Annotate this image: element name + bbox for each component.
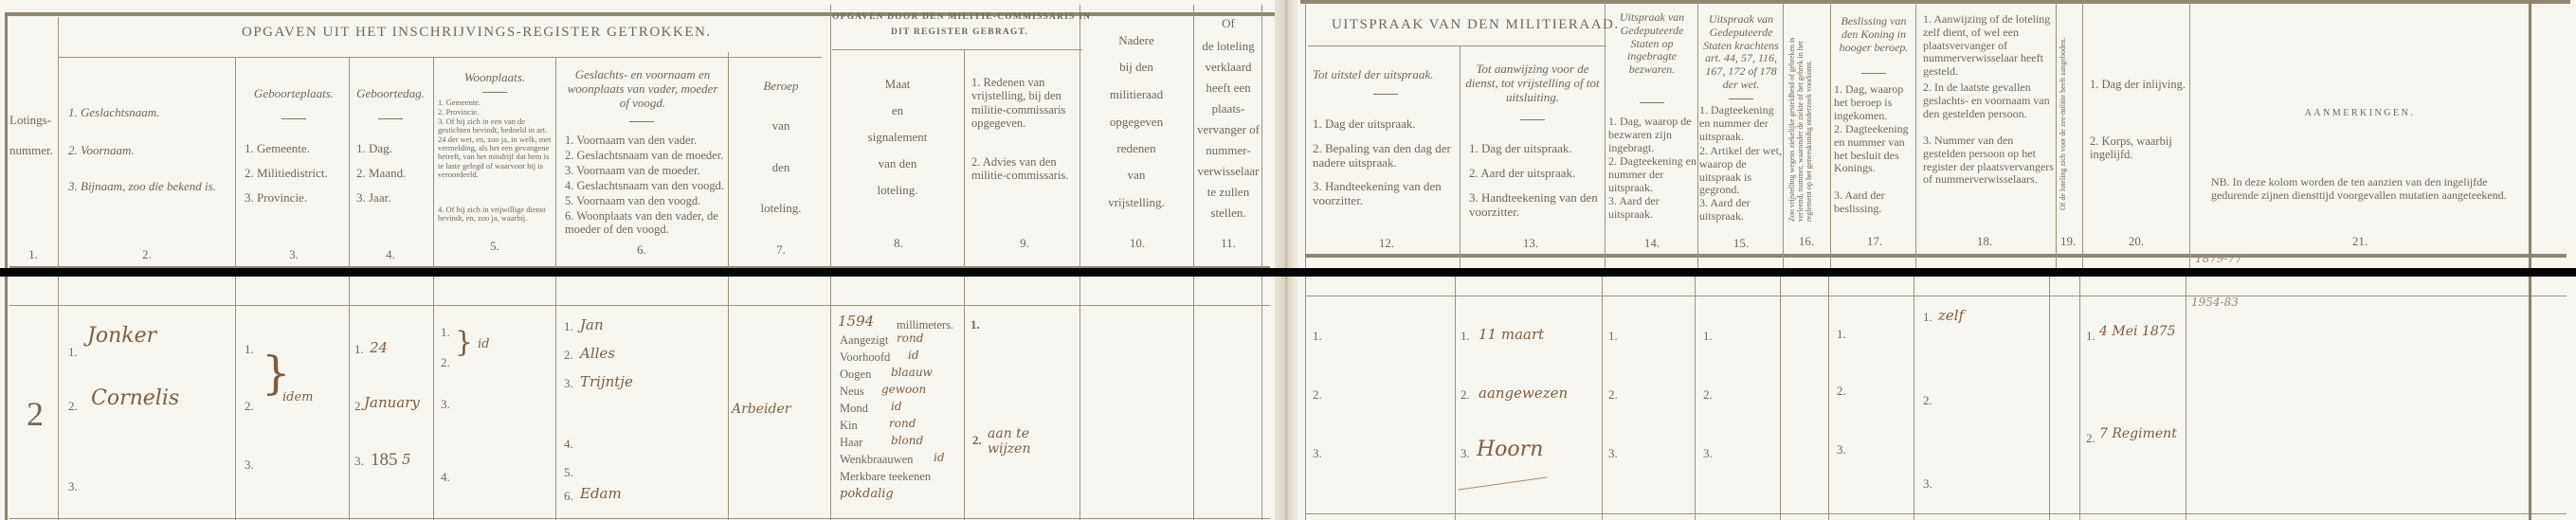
geboortedag-dag: 24	[370, 339, 388, 356]
col16-number: 16.	[1799, 235, 1814, 249]
col2-number: 2.	[142, 248, 152, 262]
col6-line3: 3. Voornaam van de moeder.	[565, 164, 700, 177]
col13-label-3: 3.	[1460, 447, 1470, 461]
register-header-strip: OPGAVEN UIT HET INSCHRIJVINGS-REGISTER G…	[0, 0, 2576, 268]
col6-number: 6.	[637, 243, 646, 258]
col1-number: 1.	[28, 248, 38, 262]
top-strip-annotation: 1879-77	[2195, 252, 2242, 265]
col7-title: Beroep	[763, 80, 798, 94]
col9-label-1: 1.	[971, 318, 980, 332]
col13-line2: 2. Aard der uitspraak.	[1469, 167, 1575, 181]
col-sep	[1602, 277, 1603, 520]
brace-icon: }	[262, 350, 291, 396]
col5-title: Woonplaats.	[464, 71, 525, 85]
col12-dash	[1373, 94, 1398, 95]
brace-icon: }	[455, 326, 473, 359]
row-bottom-rule-left	[9, 518, 1270, 519]
geboortedag-jaar-handwritten: 5	[402, 451, 411, 468]
frame-bottom-right	[1306, 254, 2567, 258]
col12-line3: 3. Handteekening van den voorzitter.	[1313, 180, 1457, 208]
col1-label-line2: nummer.	[9, 144, 53, 158]
signalement-label: Wenkbraauwen	[840, 453, 913, 466]
col11-line5: vervanger of	[1197, 123, 1260, 137]
frame-left-edge	[5, 12, 8, 268]
col18-label-3: 3.	[1923, 477, 1932, 492]
col3-number: 3.	[289, 248, 299, 262]
col2-line2: 2. Voornaam.	[68, 144, 135, 158]
col17-label-2: 2.	[1837, 385, 1846, 399]
col-sep	[1193, 5, 1194, 268]
col12-line1: 1. Dag der uitspraak.	[1313, 117, 1416, 132]
col20-label-1: 1.	[2086, 330, 2095, 344]
col15-label-2: 2.	[1703, 388, 1713, 403]
register-record-strip: 2 1. Jonker 2. Cornelis 3. 1. 2. 3. } id…	[0, 277, 2576, 520]
col13-label-1: 1.	[1460, 330, 1470, 344]
col-sep	[235, 277, 236, 520]
signalement-label: Kin	[840, 419, 858, 432]
uitspraak-aard: aangewezen	[1478, 385, 1568, 402]
col11-line7: verwisselaar	[1198, 165, 1260, 179]
col19-rotated-text: Of de loteling zich voor de zee-militie …	[2059, 30, 2067, 210]
col14-dash	[1640, 102, 1664, 103]
col10-line3: opgegeven	[1110, 116, 1163, 130]
col16-rotated-text: Zoo vrijstelling wegens ziekelijke geste…	[1787, 13, 1814, 222]
col11-line8: te zullen	[1207, 186, 1249, 200]
maat-value: 1594	[838, 313, 874, 330]
col21-number: 21.	[2352, 235, 2367, 249]
frame-top-right	[1300, 0, 2570, 4]
col6-label-5: 5.	[564, 466, 573, 480]
col4-label-3: 3.	[354, 455, 364, 469]
col18-label-2: 2.	[1923, 394, 1932, 408]
col6-label-4: 4.	[564, 438, 573, 452]
col6-line5: 5. Voornaam van den voogd.	[565, 194, 700, 207]
col-sep	[1079, 277, 1080, 520]
col-sep	[1830, 0, 1831, 268]
section-title-commissaris-line1: OPGAVEN DOOR DEN MILITIE-COMMISSARIS IN	[832, 12, 1091, 23]
col3-line3: 3. Provincie.	[245, 191, 307, 206]
col7-line1: van	[772, 119, 790, 134]
signalement-value: id	[891, 400, 902, 413]
col18-line3: 3. Nummer van den gestelden persoon op h…	[1923, 134, 2054, 187]
col11-number: 11.	[1221, 237, 1236, 251]
col9-number: 9.	[1020, 237, 1029, 251]
advies-commissaris: aan te wijzen	[988, 426, 1073, 457]
signalement-label: Haar	[840, 436, 862, 449]
col15-line3: 3. Aard der uitspraak.	[1699, 197, 1783, 224]
col6-dash	[629, 121, 654, 122]
aanmerkingen-annotation: 1954-83	[2191, 296, 2239, 309]
col11-line2: verklaard	[1205, 61, 1251, 75]
col10-line6: vrijstelling.	[1108, 196, 1165, 210]
col4-title: Geboortedag.	[356, 87, 425, 101]
section-rule-militieraad	[1308, 45, 1606, 46]
col-sep	[830, 277, 831, 520]
col-sep	[964, 49, 965, 268]
frame-right-edge	[2529, 0, 2531, 268]
col13-dash	[1520, 119, 1545, 120]
col17-label-3: 3.	[1837, 443, 1846, 457]
col4-line3: 3. Jaar.	[356, 191, 390, 206]
col-sep	[58, 277, 59, 520]
col11-line3: heeft een	[1206, 81, 1250, 96]
col15-label-3: 3.	[1703, 447, 1713, 461]
col15-number: 15.	[1733, 237, 1749, 251]
col-sep	[2056, 0, 2057, 268]
geboorteplaats-idem: idem	[282, 390, 314, 404]
korps-ingelijfd: 7 Regiment	[2099, 426, 2177, 441]
col3-line1: 1. Gemeente.	[245, 142, 310, 156]
col5-line1: 1. Gemeente.	[438, 99, 553, 107]
col17-number: 17.	[1867, 235, 1882, 249]
col-sep	[1193, 277, 1194, 520]
col15-line2: 2. Artikel der wet, waarop de uitspraak …	[1699, 145, 1783, 197]
col-sep	[58, 17, 59, 268]
col5-line2: 2. Provincie.	[438, 108, 553, 117]
col2-label-3: 3.	[68, 480, 78, 494]
col-sep	[2049, 277, 2050, 520]
dag-inlijving: 4 Mei 1875	[2099, 324, 2176, 339]
signalement-label: Neus	[840, 385, 864, 398]
maat-unit: millimeters.	[897, 318, 953, 332]
col13-title: Tot aanwijzing voor de dienst, tot vrijs…	[1462, 63, 1603, 105]
col-sep	[728, 277, 729, 520]
col15-line1: 1. Dagteekening en nummer der uitspraak.	[1699, 104, 1783, 143]
col-sep	[830, 5, 831, 268]
col18-line2: 2. In de laatste gevallen geslachts- en …	[1923, 81, 2054, 120]
geboortedag-jaar-printed: 185	[371, 450, 398, 471]
col15-label-1: 1.	[1703, 330, 1713, 344]
col10-line4: redenen	[1116, 142, 1155, 156]
col14-line3: 3. Aard der uitspraak.	[1608, 195, 1697, 222]
image-divider-bar	[0, 268, 2576, 277]
frame-left-edge	[5, 277, 8, 520]
col4-dash	[378, 118, 403, 119]
col3-label-1: 1.	[245, 343, 254, 357]
col14-number: 14.	[1644, 237, 1660, 251]
signalement-value: id	[934, 451, 945, 464]
col12-line2: 2. Bepaling van den dag der nadere uitsp…	[1313, 142, 1457, 170]
col8-line4: loteling.	[878, 184, 918, 198]
uitspraak-dag: 11 maart	[1478, 326, 1544, 343]
geboortedag-maand: January	[364, 394, 420, 411]
col-sep	[433, 277, 434, 520]
col12-number: 12.	[1379, 237, 1394, 251]
col9-label-2: 2.	[972, 434, 982, 448]
col14-label-1: 1.	[1608, 330, 1618, 344]
col13-line3: 3. Handteekening van den voorzitter.	[1469, 191, 1604, 220]
col14-line1: 1. Dag, waarop de bezwaren zijn ingebrag…	[1608, 116, 1697, 154]
col21-note: NB. In deze kolom worden de ten aanzien …	[2211, 176, 2519, 203]
col11-title: Of	[1222, 17, 1235, 31]
col-sep	[1455, 277, 1456, 520]
section-title-militieraad: UITSPRAAK VAN DEN MILITIERAAD.	[1332, 17, 1620, 33]
col4-line2: 2. Maand.	[356, 167, 406, 181]
col-sep	[728, 52, 729, 268]
book-gutter	[1275, 0, 1297, 268]
col2-line3: 3. Bijnaam, zoo die bekend is.	[68, 180, 216, 194]
col8-number: 8.	[894, 237, 903, 251]
col12-title: Tot uitstel der uitspraak.	[1313, 68, 1433, 82]
col5-number: 5.	[490, 240, 499, 254]
col15-dash	[1729, 99, 1753, 99]
col10-number: 10.	[1130, 237, 1145, 251]
col-sep	[1305, 0, 1306, 268]
col6-line1: 1. Voornaam van den vader.	[565, 134, 697, 147]
col5-line4: 4. Of hij zich in vrijwillige dienst bev…	[438, 206, 553, 224]
col17-dash	[1861, 73, 1886, 74]
col13-label-2: 2.	[1460, 388, 1470, 403]
section-title-register: OPGAVEN UIT HET INSCHRIJVINGS-REGISTER G…	[242, 25, 712, 41]
col14-label-3: 3.	[1608, 447, 1618, 461]
col5-line3: 3. Of hij zich in een van de gestichten …	[438, 117, 553, 179]
col11-line4: plaats-	[1212, 102, 1245, 117]
signalement-value: blaauw	[891, 366, 933, 379]
col10-line1: bij den	[1119, 61, 1153, 75]
col-sep	[2082, 0, 2083, 268]
col-sep	[555, 57, 556, 268]
col11-line6: nummer-	[1206, 144, 1250, 158]
col3-line2: 2. Militiedistrict.	[245, 167, 328, 181]
col-sep	[349, 277, 350, 520]
merkbare-teekenen-value: pokdalig	[840, 487, 894, 501]
col-sep	[1605, 0, 1605, 268]
col6-label-3: 3.	[564, 377, 573, 391]
col14-label-2: 2.	[1608, 388, 1618, 403]
col5-dash	[482, 92, 507, 93]
col3-label-3: 3.	[245, 458, 254, 473]
geslachtsnaam: Jonker	[87, 324, 156, 348]
col4-label-2: 2.	[354, 400, 364, 414]
col8-title: Maat	[885, 78, 911, 92]
col1-label-line1: Lotings-	[9, 114, 51, 128]
col9-line2: 2. Advies van den militie-commissaris.	[971, 155, 1078, 183]
col-sep	[1780, 277, 1781, 520]
col-sep	[1783, 0, 1784, 268]
signature-flourish	[1458, 476, 1547, 490]
woonplaats-ouders: Edam	[580, 485, 622, 502]
col10-line2: militieraad	[1110, 88, 1163, 102]
col13-number: 13.	[1523, 237, 1538, 251]
signalement-value: blond	[891, 434, 923, 447]
col-sep	[1914, 277, 1914, 520]
col-sep	[1261, 277, 1262, 520]
col18-line1: 1. Aanwijzing of de loteling zelf dient,…	[1923, 13, 2054, 79]
merkbare-teekenen-label: Merkbare teekenen	[840, 470, 931, 483]
col-sep	[1305, 277, 1306, 520]
signalement-value: rond	[889, 417, 916, 430]
signalement-label: Oogen	[840, 368, 871, 381]
col4-number: 4.	[386, 248, 395, 262]
beroep: Arbeider	[732, 402, 790, 417]
col3-dash	[281, 118, 306, 119]
col17-line2: 2. Dagteekening en nummer van het beslui…	[1834, 123, 1915, 175]
col18-number: 18.	[1977, 235, 1992, 249]
col5-label-4: 4.	[441, 471, 450, 485]
col-sep	[1695, 277, 1696, 520]
lotingsnummer: 2	[27, 394, 44, 434]
row-top-rule-left	[9, 305, 1270, 306]
row-bottom-rule-right	[1306, 513, 2567, 514]
col-sep	[555, 277, 556, 520]
col7-line3: loteling.	[761, 202, 802, 216]
col6-line2: 2. Geslachtsnaam van de moeder.	[565, 149, 723, 162]
col-sep	[2079, 277, 2080, 520]
col-sep	[1261, 5, 1262, 268]
col6-line6: 6. Woonplaats van den vader, de moeder o…	[565, 209, 726, 237]
col11-line1: de loteling	[1202, 40, 1254, 54]
col20-line1: 1. Dag der inlijving.	[2090, 78, 2186, 91]
col4-line1: 1. Dag.	[356, 142, 392, 156]
col13-line1: 1. Dag der uitspraak.	[1469, 142, 1572, 156]
aanwijzing-zelf: zelf	[1938, 307, 1964, 324]
vader-voornaam: Jan	[580, 316, 604, 333]
col12-label-2: 2.	[1313, 388, 1322, 403]
col21-title: Aanmerkingen.	[2305, 108, 2416, 119]
frame-right-edge	[2529, 277, 2531, 520]
col17-label-1: 1.	[1837, 328, 1846, 342]
col20-line2: 2. Korps, waarbij ingelijfd.	[2090, 134, 2187, 162]
col5-label-2: 2.	[441, 356, 450, 370]
signalement-label: Mond	[840, 402, 868, 415]
moeder-geslachtsnaam: Alles	[580, 345, 615, 362]
col-sep	[1828, 277, 1829, 520]
col4-label-1: 1.	[354, 343, 364, 357]
col20-number: 20.	[2129, 235, 2144, 249]
signalement-value: gewoon	[881, 383, 926, 396]
signalement-value: id	[908, 349, 919, 362]
col14-line2: 2. Dagteekening en nummer der uitspraak.	[1608, 155, 1697, 194]
col2-line1: 1. Geslachtsnaam.	[68, 106, 159, 120]
col2-label-2: 2.	[68, 400, 78, 414]
col-sep	[1915, 0, 1916, 268]
col-sep	[1697, 0, 1698, 268]
col3-label-2: 2.	[245, 400, 254, 414]
col-sep	[1460, 45, 1460, 268]
col14-title: Uitspraak van Gedeputeerde Staten op ing…	[1607, 11, 1696, 77]
signalement-label: Voorhoofd	[840, 350, 890, 364]
col5-label-3: 3.	[441, 398, 450, 412]
col6-label-1: 1.	[564, 320, 573, 334]
moeder-voornaam: Trijntje	[580, 373, 633, 390]
col12-label-3: 3.	[1313, 447, 1322, 461]
col17-line1: 1. Dag, waarop het beroep is ingekomen.	[1834, 83, 1915, 122]
section-rule-commissaris	[832, 49, 1082, 50]
col6-label-6: 6.	[564, 490, 573, 504]
col17-line3: 3. Aard der beslissing.	[1834, 189, 1915, 216]
col6-label-2: 2.	[564, 349, 573, 363]
col8-line2: signalement	[868, 131, 928, 145]
col9-line1: 1. Redenen van vrijstelling, bij den mil…	[971, 76, 1078, 131]
col15-title: Uitspraak van Gedeputeerde Staten kracht…	[1699, 13, 1783, 92]
col6-title: Geslachts- en voornaam en woonplaats van…	[561, 68, 724, 111]
col5-label-1: 1.	[441, 326, 450, 340]
col7-line2: den	[772, 161, 790, 175]
book-gutter	[1275, 277, 1297, 520]
col10-line5: van	[1128, 169, 1146, 183]
signalement-label: Aangezigt	[840, 333, 888, 347]
col11-line9: stellen.	[1210, 206, 1245, 221]
col19-number: 19.	[2060, 235, 2076, 249]
col20-label-2: 2.	[2086, 432, 2095, 446]
section-title-commissaris-line2: DIT REGISTER GEBRAGT.	[891, 27, 1028, 38]
col-sep	[2186, 277, 2186, 520]
row-top-rule-right	[1306, 296, 2567, 296]
col8-line3: van den	[879, 157, 917, 171]
col10-title: Nadere	[1118, 34, 1154, 48]
col-sep	[235, 57, 236, 268]
col-sep	[2189, 0, 2190, 268]
col18-label-1: 1.	[1923, 311, 1932, 325]
voornaam: Cornelis	[91, 386, 179, 410]
col2-label-1: 1.	[68, 346, 78, 360]
col3-title: Geboorteplaats.	[254, 87, 334, 101]
col6-line4: 4. Geslachtsnaam van den voogd.	[565, 179, 724, 192]
woonplaats-id: id	[478, 337, 489, 351]
section-rule-register	[59, 57, 822, 58]
voorzitter-handteekening: Hoorn	[1477, 438, 1543, 461]
col8-line1: en	[892, 104, 903, 118]
col7-number: 7.	[776, 243, 786, 258]
col17-title: Beslissing van den Koning in hooger bero…	[1834, 15, 1914, 54]
col-sep	[349, 57, 350, 268]
col-sep	[433, 57, 434, 268]
col12-label-1: 1.	[1313, 330, 1322, 344]
col-sep	[1079, 5, 1080, 268]
signalement-value: rond	[897, 332, 923, 345]
col-sep	[964, 277, 965, 520]
